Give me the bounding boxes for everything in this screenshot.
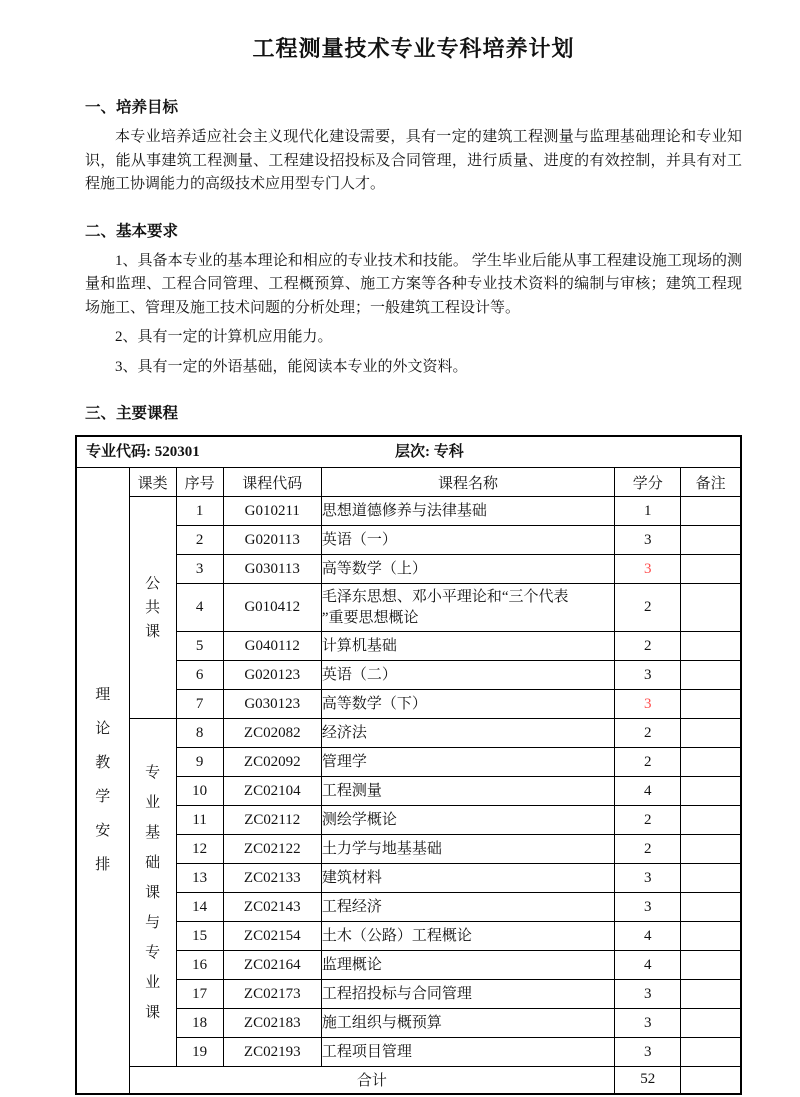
course-name: 建筑材料 xyxy=(321,864,614,893)
section-heading-main-courses: 三、主要课程 xyxy=(85,401,742,423)
course-row: 18ZC02183施工组织与概预算3 xyxy=(76,1009,741,1038)
course-row: 公 共 课1G010211思想道德修养与法律基础1 xyxy=(76,497,741,526)
course-name: 高等数学（下） xyxy=(321,690,614,719)
course-code: ZC02112 xyxy=(223,806,321,835)
course-row: 2G020113英语（一）3 xyxy=(76,526,741,555)
header-class: 课类 xyxy=(129,468,176,497)
course-row: 5G040112计算机基础2 xyxy=(76,632,741,661)
course-name: 计算机基础 xyxy=(321,632,614,661)
header-no: 序号 xyxy=(176,468,223,497)
course-no: 18 xyxy=(176,1009,223,1038)
course-remark xyxy=(681,690,741,719)
course-no: 12 xyxy=(176,835,223,864)
course-name: 经济法 xyxy=(321,719,614,748)
course-code: ZC02104 xyxy=(223,777,321,806)
course-name: 土力学与地基基础 xyxy=(321,835,614,864)
course-credits: 2 xyxy=(615,748,681,777)
course-remark xyxy=(681,806,741,835)
course-name: 工程招投标与合同管理 xyxy=(321,980,614,1009)
course-no: 3 xyxy=(176,555,223,584)
course-row: 10ZC02104工程测量4 xyxy=(76,777,741,806)
course-code: ZC02092 xyxy=(223,748,321,777)
course-table: 专业代码: 520301 层次: 专科 理 论 教 学 安 排 课类 序号 课程… xyxy=(75,435,742,1095)
course-credits: 1 xyxy=(615,497,681,526)
course-code: G030113 xyxy=(223,555,321,584)
course-group-label: 公 共 课 xyxy=(129,497,176,719)
total-label: 合计 xyxy=(129,1067,615,1094)
course-credits: 4 xyxy=(615,951,681,980)
course-no: 6 xyxy=(176,661,223,690)
course-no: 13 xyxy=(176,864,223,893)
course-no: 9 xyxy=(176,748,223,777)
course-code: G030123 xyxy=(223,690,321,719)
section-heading-basic-requirements: 二、基本要求 xyxy=(85,219,742,241)
course-code: G010211 xyxy=(223,497,321,526)
course-remark xyxy=(681,584,741,632)
section-heading-training-goal: 一、培养目标 xyxy=(85,95,742,117)
course-code: G010412 xyxy=(223,584,321,632)
course-name: 毛泽东思想、邓小平理论和“三个代表 ”重要思想概论 xyxy=(321,584,614,632)
course-remark xyxy=(681,661,741,690)
course-name: 测绘学概论 xyxy=(321,806,614,835)
table-meta-cell: 专业代码: 520301 层次: 专科 xyxy=(76,436,741,468)
course-remark xyxy=(681,777,741,806)
course-no: 8 xyxy=(176,719,223,748)
course-credits: 4 xyxy=(615,922,681,951)
course-credits: 3 xyxy=(615,980,681,1009)
course-credits: 2 xyxy=(615,584,681,632)
course-row: 12ZC02122土力学与地基基础2 xyxy=(76,835,741,864)
course-row: 4G010412毛泽东思想、邓小平理论和“三个代表 ”重要思想概论2 xyxy=(76,584,741,632)
total-row: 合计 52 xyxy=(76,1067,741,1094)
course-row: 14ZC02143工程经济3 xyxy=(76,893,741,922)
course-remark xyxy=(681,748,741,777)
course-credits: 3 xyxy=(615,864,681,893)
course-code: ZC02143 xyxy=(223,893,321,922)
course-row: 9ZC02092管理学2 xyxy=(76,748,741,777)
course-table-body: 专业代码: 520301 层次: 专科 理 论 教 学 安 排 课类 序号 课程… xyxy=(76,436,741,1094)
table-header-row: 理 论 教 学 安 排 课类 序号 课程代码 课程名称 学分 备注 xyxy=(76,468,741,497)
course-no: 14 xyxy=(176,893,223,922)
course-name: 监理概论 xyxy=(321,951,614,980)
header-code: 课程代码 xyxy=(223,468,321,497)
course-row: 17ZC02173工程招投标与合同管理3 xyxy=(76,980,741,1009)
course-credits: 3 xyxy=(615,661,681,690)
course-row: 6G020123英语（二）3 xyxy=(76,661,741,690)
level-label: 层次: 专科 xyxy=(395,437,464,467)
course-code: ZC02173 xyxy=(223,980,321,1009)
basic-requirement-item-3: 3、具有一定的外语基础，能阅读本专业的外文资料。 xyxy=(85,356,742,380)
course-code: ZC02183 xyxy=(223,1009,321,1038)
course-credits: 3 xyxy=(615,690,681,719)
course-no: 15 xyxy=(176,922,223,951)
table-side-label: 理 论 教 学 安 排 xyxy=(76,468,129,1094)
course-remark xyxy=(681,1038,741,1067)
course-remark xyxy=(681,951,741,980)
course-code: G020113 xyxy=(223,526,321,555)
course-row: 15ZC02154土木（公路）工程概论4 xyxy=(76,922,741,951)
course-credits: 3 xyxy=(615,1009,681,1038)
course-no: 1 xyxy=(176,497,223,526)
course-name: 工程测量 xyxy=(321,777,614,806)
course-row: 7G030123高等数学（下）3 xyxy=(76,690,741,719)
course-name: 土木（公路）工程概论 xyxy=(321,922,614,951)
course-code: G020123 xyxy=(223,661,321,690)
course-name: 高等数学（上） xyxy=(321,555,614,584)
course-no: 2 xyxy=(176,526,223,555)
course-credits: 3 xyxy=(615,893,681,922)
course-remark xyxy=(681,719,741,748)
course-no: 10 xyxy=(176,777,223,806)
course-name: 思想道德修养与法律基础 xyxy=(321,497,614,526)
course-no: 5 xyxy=(176,632,223,661)
course-code: ZC02193 xyxy=(223,1038,321,1067)
course-remark xyxy=(681,1009,741,1038)
course-credits: 2 xyxy=(615,806,681,835)
header-name: 课程名称 xyxy=(321,468,614,497)
course-name: 英语（一） xyxy=(321,526,614,555)
course-remark xyxy=(681,864,741,893)
course-name: 施工组织与概预算 xyxy=(321,1009,614,1038)
course-no: 4 xyxy=(176,584,223,632)
page-title: 工程测量技术专业专科培养计划 xyxy=(85,32,742,63)
basic-requirement-item-1: 1、具备本专业的基本理论和相应的专业技术和技能。 学生毕业后能从事工程建设施工现… xyxy=(85,250,742,321)
course-no: 16 xyxy=(176,951,223,980)
training-goal-paragraph: 本专业培养适应社会主义现代化建设需要，具有一定的建筑工程测量与监理基础理论和专业… xyxy=(85,126,742,197)
basic-requirement-item-2: 2、具有一定的计算机应用能力。 xyxy=(85,326,742,350)
course-credits: 2 xyxy=(615,632,681,661)
course-credits: 2 xyxy=(615,719,681,748)
total-remark xyxy=(681,1067,741,1094)
course-credits: 3 xyxy=(615,1038,681,1067)
course-remark xyxy=(681,632,741,661)
course-remark xyxy=(681,922,741,951)
course-no: 7 xyxy=(176,690,223,719)
course-credits: 3 xyxy=(615,555,681,584)
course-code: ZC02133 xyxy=(223,864,321,893)
course-row: 11ZC02112测绘学概论2 xyxy=(76,806,741,835)
course-name: 工程经济 xyxy=(321,893,614,922)
course-code: ZC02082 xyxy=(223,719,321,748)
major-code-label: 专业代码: 520301 xyxy=(77,437,200,467)
header-credits: 学分 xyxy=(615,468,681,497)
course-no: 19 xyxy=(176,1038,223,1067)
course-row: 16ZC02164监理概论4 xyxy=(76,951,741,980)
course-remark xyxy=(681,555,741,584)
course-remark xyxy=(681,497,741,526)
total-credits: 52 xyxy=(615,1067,681,1094)
course-credits: 4 xyxy=(615,777,681,806)
course-name: 工程项目管理 xyxy=(321,1038,614,1067)
course-row: 3G030113高等数学（上）3 xyxy=(76,555,741,584)
course-no: 17 xyxy=(176,980,223,1009)
course-remark xyxy=(681,835,741,864)
header-remark: 备注 xyxy=(681,468,741,497)
course-credits: 2 xyxy=(615,835,681,864)
course-code: ZC02154 xyxy=(223,922,321,951)
course-name: 英语（二） xyxy=(321,661,614,690)
course-no: 11 xyxy=(176,806,223,835)
course-remark xyxy=(681,893,741,922)
course-remark xyxy=(681,980,741,1009)
course-credits: 3 xyxy=(615,526,681,555)
course-name: 管理学 xyxy=(321,748,614,777)
course-remark xyxy=(681,526,741,555)
course-row: 13ZC02133建筑材料3 xyxy=(76,864,741,893)
course-row: 专 业 基 础 课 与 专 业 课8ZC02082经济法2 xyxy=(76,719,741,748)
document-page: 工程测量技术专业专科培养计划 一、培养目标 本专业培养适应社会主义现代化建设需要… xyxy=(0,0,800,1097)
course-code: ZC02122 xyxy=(223,835,321,864)
table-meta-row: 专业代码: 520301 层次: 专科 xyxy=(76,436,741,468)
course-row: 19ZC02193工程项目管理3 xyxy=(76,1038,741,1067)
course-group-label: 专 业 基 础 课 与 专 业 课 xyxy=(129,719,176,1067)
course-code: G040112 xyxy=(223,632,321,661)
course-code: ZC02164 xyxy=(223,951,321,980)
